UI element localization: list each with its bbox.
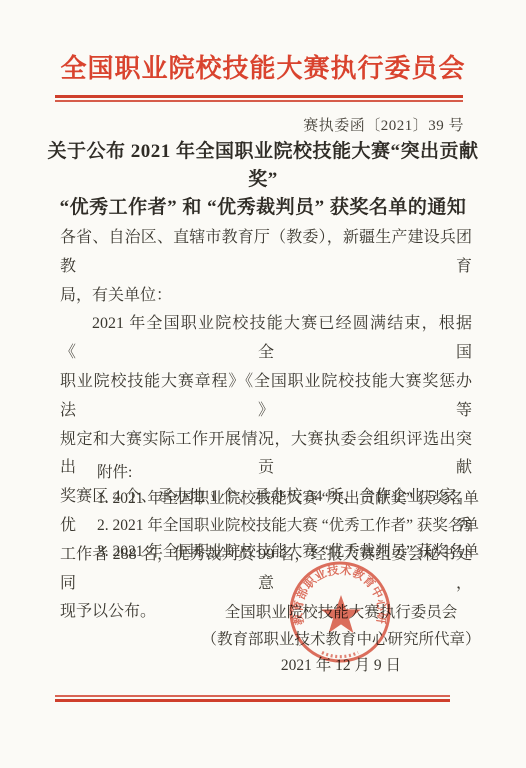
- attachments-block: 附件: 1. 2021 年全国职业院校技能大赛 “突出贡献奖” 获奖名单 2. …: [97, 460, 486, 565]
- attachment-item: 1. 2021 年全国职业院校技能大赛 “突出贡献奖” 获奖名单: [97, 486, 486, 512]
- letterhead-org-title: 全国职业院校技能大赛执行委员会: [50, 48, 476, 85]
- body-line: 2021 年全国职业院校技能大赛已经圆满结束，根据《全国: [60, 310, 472, 368]
- footer-rule-thin: [55, 695, 450, 697]
- body-line: 局，有关单位：: [60, 282, 472, 311]
- attachment-item: 2. 2021 年全国职业院校技能大赛 “优秀工作者” 获奖名单: [97, 513, 486, 539]
- seal-code-marks: [322, 653, 358, 657]
- letterhead-rule-thin: [55, 100, 463, 102]
- seal-star-icon: [321, 595, 361, 633]
- attachments-label: 附件:: [97, 460, 486, 486]
- notice-title-line2: “优秀工作者” 和 “优秀裁判员” 获奖名单的通知: [35, 194, 491, 222]
- footer-rule-thick: [55, 699, 450, 703]
- letterhead-rule-thick: [55, 95, 463, 98]
- notice-body: 各省、自治区、直辖市教育厅（教委），新疆生产建设兵团教育 局，有关单位： 202…: [60, 224, 472, 627]
- scanned-notice-page: 全国职业院校技能大赛执行委员会 赛执委函〔2021〕39 号 关于公布 2021…: [0, 0, 526, 768]
- official-seal-icon: 教育部职业技术教育中心研究所: [286, 558, 394, 666]
- document-number: 赛执委函〔2021〕39 号: [303, 114, 464, 135]
- body-line: 职业院校技能大赛章程》《全国职业院校技能大赛奖惩办法》等: [60, 368, 472, 426]
- body-line: 各省、自治区、直辖市教育厅（教委），新疆生产建设兵团教育: [60, 224, 472, 282]
- notice-title-line1: 关于公布 2021 年全国职业院校技能大赛“突出贡献奖”: [35, 138, 491, 194]
- notice-title: 关于公布 2021 年全国职业院校技能大赛“突出贡献奖” “优秀工作者” 和 “…: [35, 138, 491, 222]
